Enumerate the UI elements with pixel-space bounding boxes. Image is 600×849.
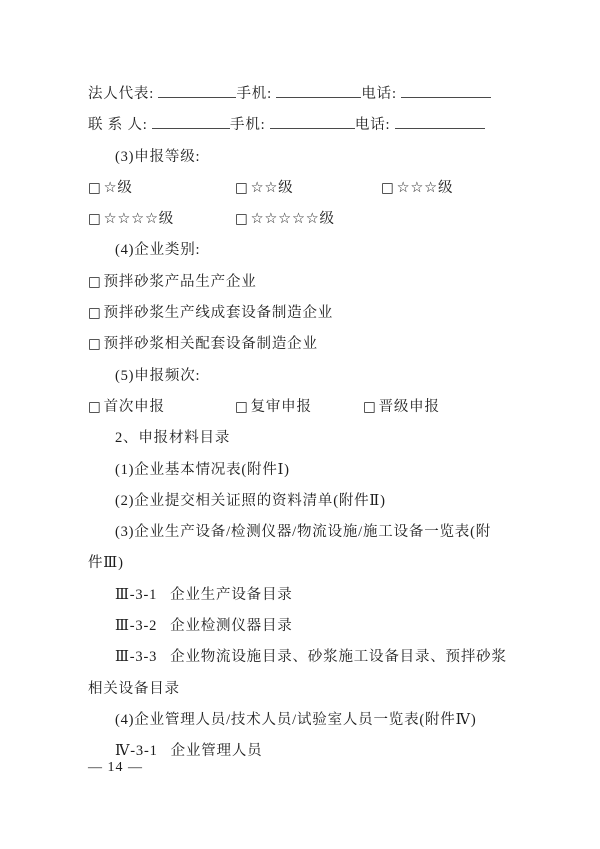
checkbox-icon: □ <box>88 392 102 423</box>
contact-person-name-blank <box>152 114 230 129</box>
legal-rep-name-blank <box>158 83 236 98</box>
checkbox-icon: □ <box>235 204 249 235</box>
materials-subitem-4-1-label: 企业管理人员 <box>171 743 263 759</box>
checkbox-icon: □ <box>363 392 377 423</box>
document-page: 法人代表: 手机: 电话: 联 系 人: 手机: 电话: (3)申报等级: □☆… <box>0 0 600 849</box>
frequency-option-2-label: 复审申报 <box>251 399 312 415</box>
checkbox-icon: □ <box>88 329 102 360</box>
contact-person-phone-label: 电话: <box>355 117 390 133</box>
grade-option-4-label: ☆☆☆☆级 <box>104 211 175 227</box>
grade-option-3: □☆☆☆级 <box>381 180 453 196</box>
checkbox-icon: □ <box>88 204 102 235</box>
checkbox-icon: □ <box>88 173 102 204</box>
grade-option-5-label: ☆☆☆☆☆级 <box>251 211 335 227</box>
category-option-3: □预拌砂浆相关配套设备制造企业 <box>88 329 520 360</box>
grade-option-2-label: ☆☆级 <box>251 180 294 196</box>
grade-option-1-label: ☆级 <box>104 180 133 196</box>
materials-item-4: (4)企业管理人员/技术人员/试验室人员一览表(附件Ⅳ) <box>88 705 520 736</box>
legal-rep-phone-blank <box>401 83 491 98</box>
frequency-option-2: □复审申报 <box>235 392 363 423</box>
materials-item-1: (1)企业基本情况表(附件Ⅰ) <box>88 455 520 486</box>
materials-item-3-line-1: (3)企业生产设备/检测仪器/物流设施/施工设备一览表(附 <box>88 517 520 548</box>
materials-subitem-3-2-code: Ⅲ-3-2 <box>115 611 157 642</box>
materials-item-2: (2)企业提交相关证照的资料清单(附件Ⅱ) <box>88 486 520 517</box>
category-option-2: □预拌砂浆生产线成套设备制造企业 <box>88 298 520 329</box>
legal-rep-phone-label: 电话: <box>361 86 396 102</box>
frequency-options-row: □首次申报□复审申报□晋级申报 <box>88 392 520 423</box>
legal-rep-mobile-label: 手机: <box>236 86 271 102</box>
frequency-option-1: □首次申报 <box>88 392 235 423</box>
materials-subitem-3-2-label: 企业检测仪器目录 <box>170 618 292 634</box>
contact-person-row: 联 系 人: 手机: 电话: <box>88 110 520 141</box>
grade-section-heading: (3)申报等级: <box>88 142 520 173</box>
materials-subitem-3-3-wrap: 相关设备目录 <box>88 674 520 705</box>
grade-options-row-2: □☆☆☆☆级□☆☆☆☆☆级 <box>88 204 520 235</box>
materials-subitem-3-1-label: 企业生产设备目录 <box>170 587 292 603</box>
page-number: — 14 — <box>88 758 143 778</box>
legal-rep-mobile-blank <box>276 83 361 98</box>
frequency-option-3-label: 晋级申报 <box>379 399 440 415</box>
materials-subitem-3-3: Ⅲ-3-3企业物流设施目录、砂浆施工设备目录、预拌砂浆 <box>88 642 520 673</box>
category-option-2-label: 预拌砂浆生产线成套设备制造企业 <box>104 305 334 321</box>
grade-option-5: □☆☆☆☆☆级 <box>235 211 335 227</box>
grade-option-4: □☆☆☆☆级 <box>88 204 235 235</box>
frequency-option-1-label: 首次申报 <box>104 399 165 415</box>
materials-subitem-3-1-code: Ⅲ-3-1 <box>115 580 157 611</box>
materials-subitem-3-3-label: 企业物流设施目录、砂浆施工设备目录、预拌砂浆 <box>170 649 507 665</box>
frequency-option-3: □晋级申报 <box>363 399 440 415</box>
materials-item-3-line-2: 件Ⅲ) <box>88 548 520 579</box>
frequency-section-heading: (5)申报频次: <box>88 361 520 392</box>
category-option-1: □预拌砂浆产品生产企业 <box>88 267 520 298</box>
materials-section-heading: 2、申报材料目录 <box>88 423 520 454</box>
category-option-3-label: 预拌砂浆相关配套设备制造企业 <box>104 336 318 352</box>
legal-representative-row: 法人代表: 手机: 电话: <box>88 79 520 110</box>
page-content: 法人代表: 手机: 电话: 联 系 人: 手机: 电话: (3)申报等级: □☆… <box>88 79 520 768</box>
checkbox-icon: □ <box>235 392 249 423</box>
materials-subitem-3-3-code: Ⅲ-3-3 <box>115 642 157 673</box>
grade-option-3-label: ☆☆☆级 <box>397 180 454 196</box>
contact-person-mobile-blank <box>270 114 355 129</box>
checkbox-icon: □ <box>88 298 102 329</box>
category-section-heading: (4)企业类别: <box>88 235 520 266</box>
grade-option-1: □☆级 <box>88 173 235 204</box>
legal-rep-label: 法人代表: <box>88 86 154 102</box>
contact-person-label: 联 系 人: <box>88 117 148 133</box>
category-option-1-label: 预拌砂浆产品生产企业 <box>104 274 257 290</box>
grade-options-row-1: □☆级□☆☆级□☆☆☆级 <box>88 173 520 204</box>
materials-subitem-3-1: Ⅲ-3-1企业生产设备目录 <box>88 580 520 611</box>
checkbox-icon: □ <box>381 173 395 204</box>
checkbox-icon: □ <box>88 267 102 298</box>
grade-option-2: □☆☆级 <box>235 173 381 204</box>
materials-subitem-3-2: Ⅲ-3-2企业检测仪器目录 <box>88 611 520 642</box>
contact-person-mobile-label: 手机: <box>230 117 265 133</box>
checkbox-icon: □ <box>235 173 249 204</box>
contact-person-phone-blank <box>395 114 485 129</box>
materials-subitem-4-1: Ⅳ-3-1企业管理人员 <box>88 736 520 767</box>
